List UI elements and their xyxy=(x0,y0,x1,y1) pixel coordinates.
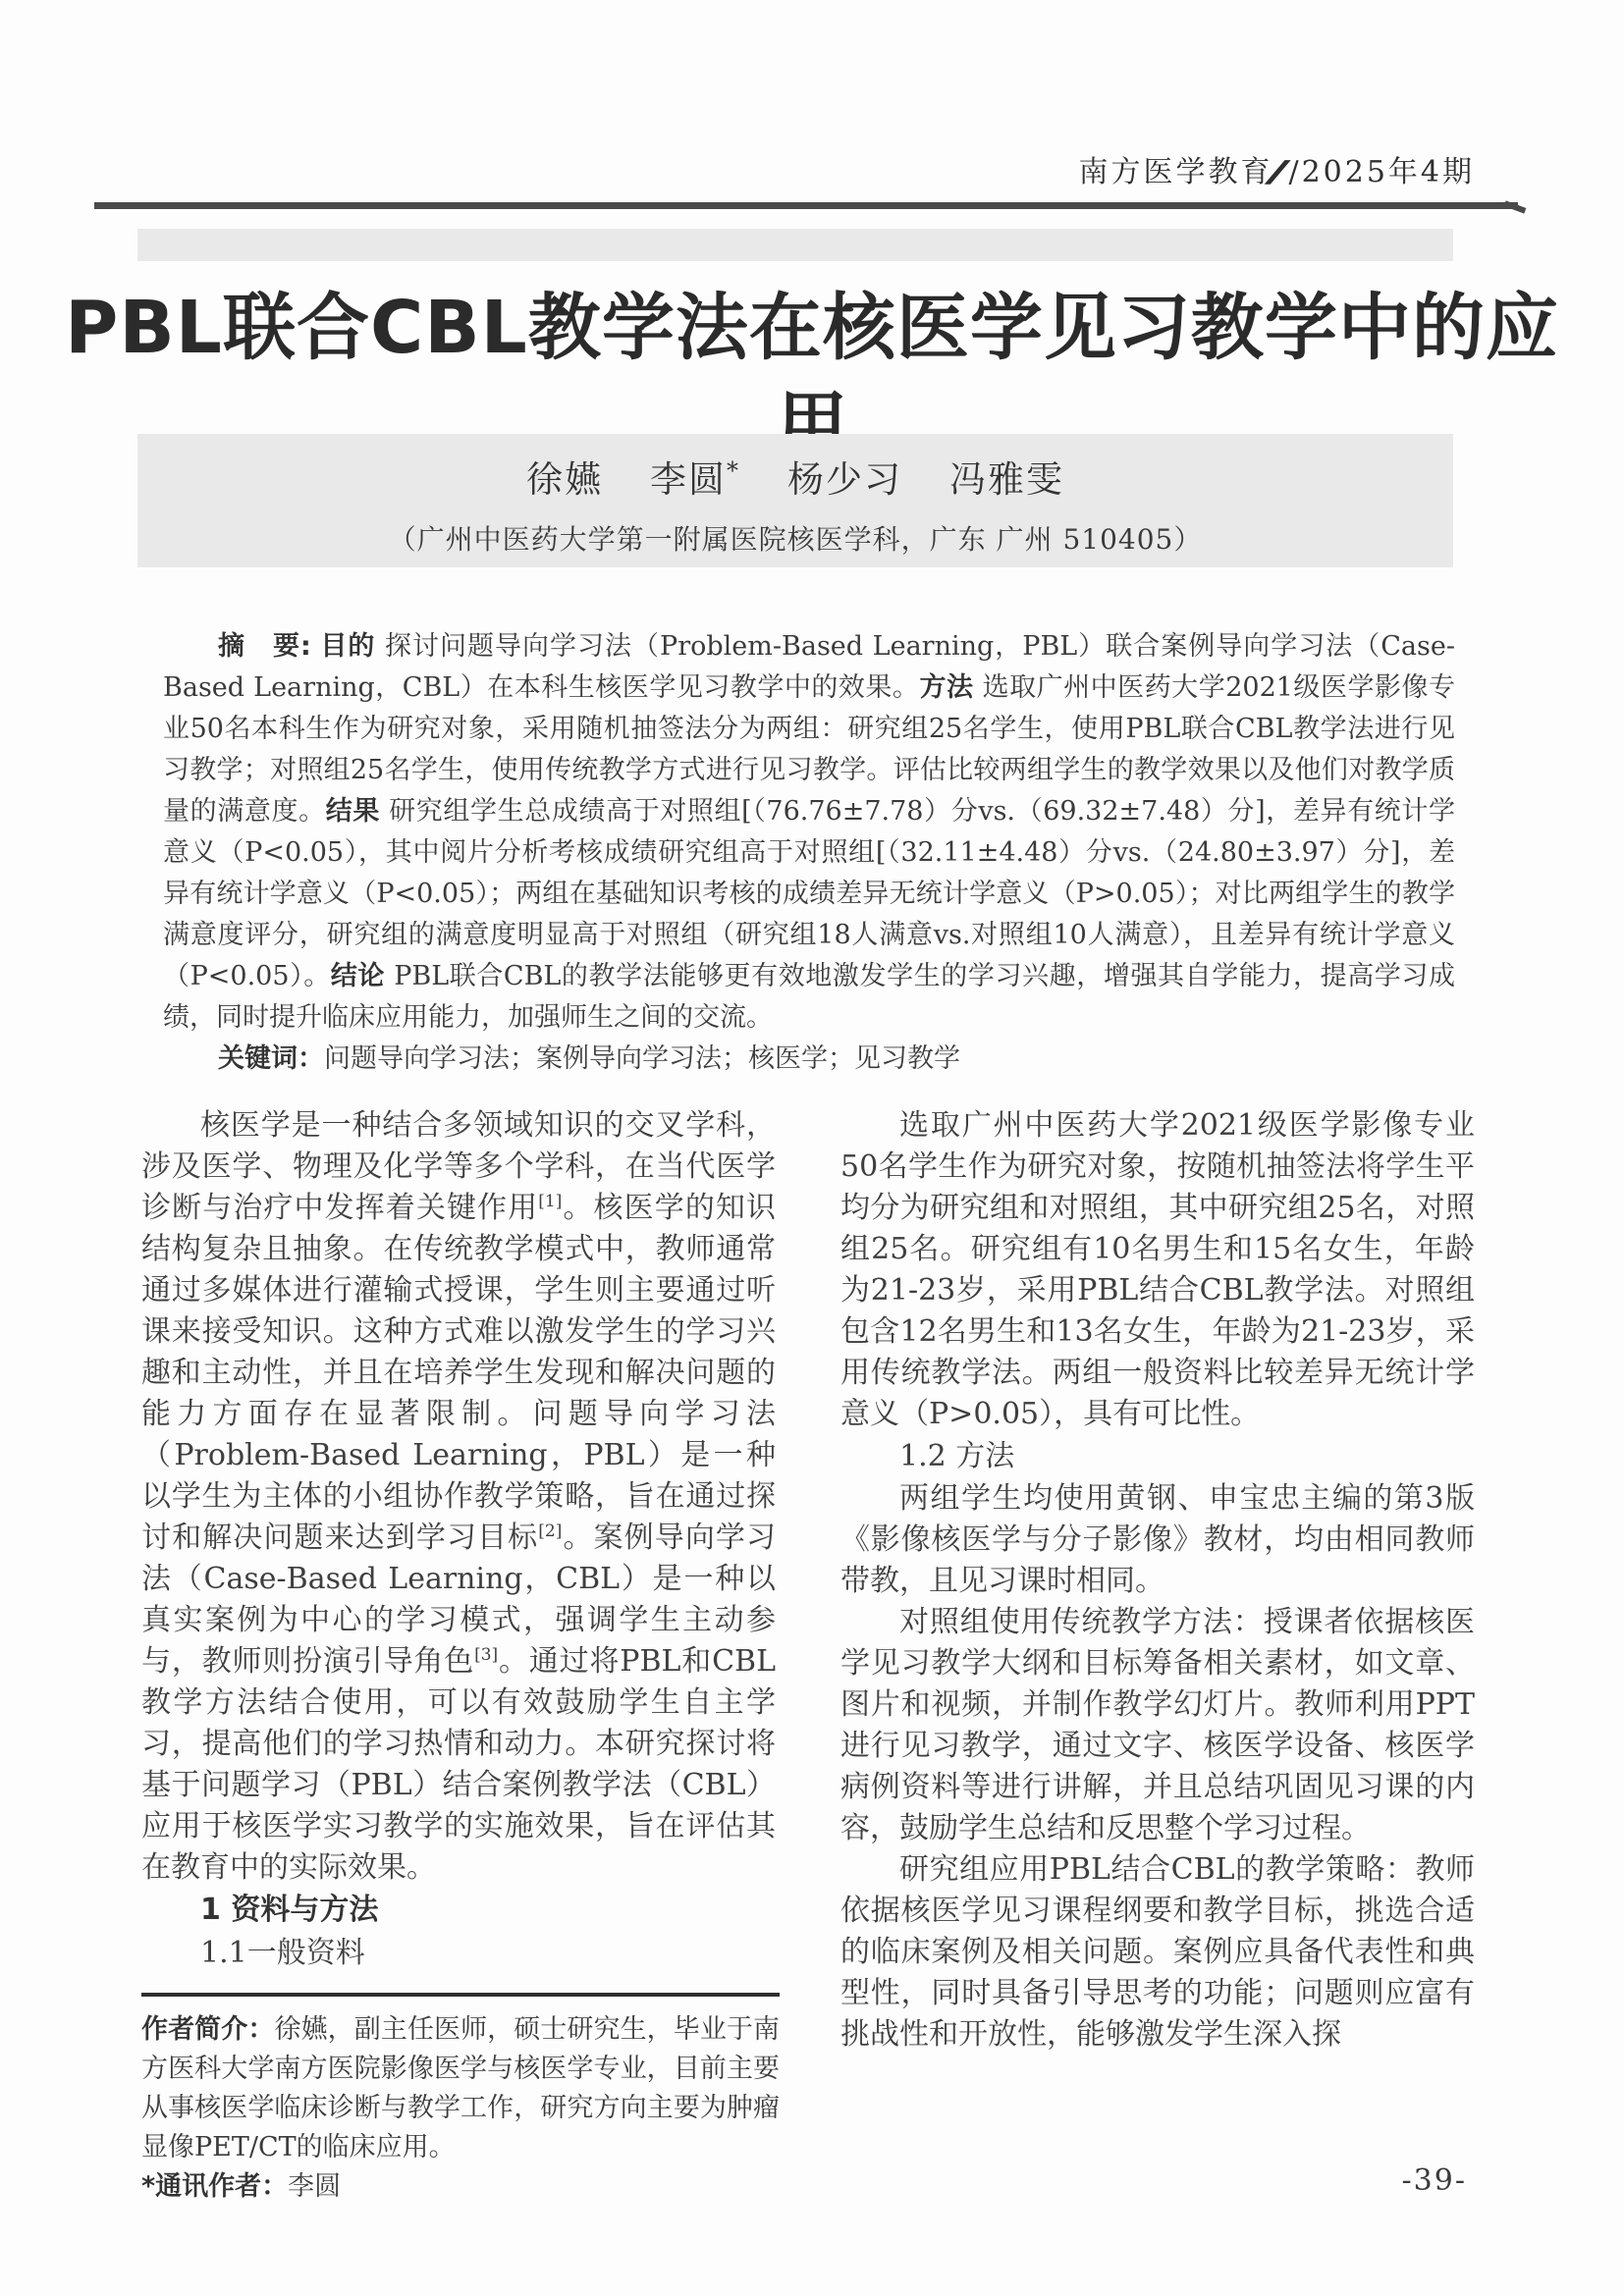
body-paragraph: 对照组使用传统教学方法：授课者依据核医学见习教学大纲和目标筹备相关素材，如文章、… xyxy=(840,1602,1475,1849)
author-bio-label: 作者简介： xyxy=(141,2014,274,2045)
section-heading: 1.1一般资料 xyxy=(141,1932,776,1975)
corresponding-author-marker: * xyxy=(727,457,740,485)
decorative-band-top xyxy=(137,229,1453,261)
abstract-section-label: 结论 xyxy=(331,961,385,991)
abstract-label: 摘 要: xyxy=(218,631,311,662)
body-column-left: 核医学是一种结合多领域知识的交叉学科，涉及医学、物理及化学等多个学科，在当代医学… xyxy=(141,1105,776,1975)
corresponding-author-name: 李圆 xyxy=(288,2171,341,2202)
abstract-section-label: 目的 xyxy=(320,631,375,662)
footnote-block: 作者简介：徐嬿，副主任医师，硕士研究生，毕业于南方医科大学南方医院影像医学与核医… xyxy=(141,1993,780,2207)
page-number: -39- xyxy=(1402,2163,1467,2198)
reference-marker: [3] xyxy=(474,1645,498,1665)
section-heading: 1 资料与方法 xyxy=(141,1889,776,1932)
journal-header: 南方医学教育//2025年4期 xyxy=(1078,147,1475,190)
author-name: 李圆* xyxy=(650,458,740,501)
journal-issue: 2025年4期 xyxy=(1302,155,1475,189)
journal-page: 南方医学教育//2025年4期 PBL联合CBL教学法在核医学见习教学中的应用 … xyxy=(0,0,1624,2296)
keywords-text: 问题导向学习法；案例导向学习法；核医学；见习教学 xyxy=(324,1043,960,1074)
header-rule xyxy=(94,202,1518,209)
corresponding-author-label: *通讯作者： xyxy=(141,2171,288,2202)
authors-band: 徐嬿李圆*杨少习冯雅雯 （广州中医药大学第一附属医院核医学科，广东 广州 510… xyxy=(137,434,1453,567)
body-paragraph: 核医学是一种结合多领域知识的交叉学科，涉及医学、物理及化学等多个学科，在当代医学… xyxy=(141,1105,776,1889)
author-list: 徐嬿李圆*杨少习冯雅雯 xyxy=(137,450,1453,503)
abstract-paragraph: 摘 要: 目的 探讨问题导向学习法（Problem-Based Learning… xyxy=(163,626,1455,1039)
body-paragraph: 两组学生均使用黄钢、申宝忠主编的第3版《影像核医学与分子影像》教材，均由相同教师… xyxy=(840,1478,1475,1602)
reference-marker: [1] xyxy=(538,1192,562,1211)
author-bio: 作者简介：徐嬿，副主任医师，硕士研究生，毕业于南方医科大学南方医院影像医学与核医… xyxy=(141,2010,780,2167)
keywords-label: 关键词： xyxy=(218,1043,324,1074)
body-paragraph: 研究组应用PBL结合CBL的教学策略：教师依据核医学见习课程纲要和教学目标，挑选… xyxy=(840,1849,1475,2056)
corresponding-author: *通讯作者：李圆 xyxy=(141,2167,780,2207)
affiliation: （广州中医药大学第一附属医院核医学科，广东 广州 510405） xyxy=(137,518,1453,558)
abstract-body: 目的 探讨问题导向学习法（Problem-Based Learning，PBL）… xyxy=(163,631,1455,1033)
author-name: 杨少习 xyxy=(787,458,902,501)
abstract-section-label: 结果 xyxy=(326,796,380,827)
reference-marker: [2] xyxy=(538,1522,562,1541)
keywords-line: 关键词：问题导向学习法；案例导向学习法；核医学；见习教学 xyxy=(163,1039,1455,1080)
body-column-right: 选取广州中医药大学2021级医学影像专业50名学生作为研究对象，按随机抽签法将学… xyxy=(840,1105,1475,2056)
journal-name: 南方医学教育 xyxy=(1078,155,1272,189)
abstract-section-label: 方法 xyxy=(919,672,973,703)
author-name: 徐嬿 xyxy=(526,458,603,501)
section-heading: 1.2 方法 xyxy=(840,1435,1475,1478)
author-name: 冯雅雯 xyxy=(949,458,1064,501)
body-paragraph: 选取广州中医药大学2021级医学影像专业50名学生作为研究对象，按随机抽签法将学… xyxy=(840,1105,1475,1435)
abstract-block: 摘 要: 目的 探讨问题导向学习法（Problem-Based Learning… xyxy=(163,626,1455,1080)
